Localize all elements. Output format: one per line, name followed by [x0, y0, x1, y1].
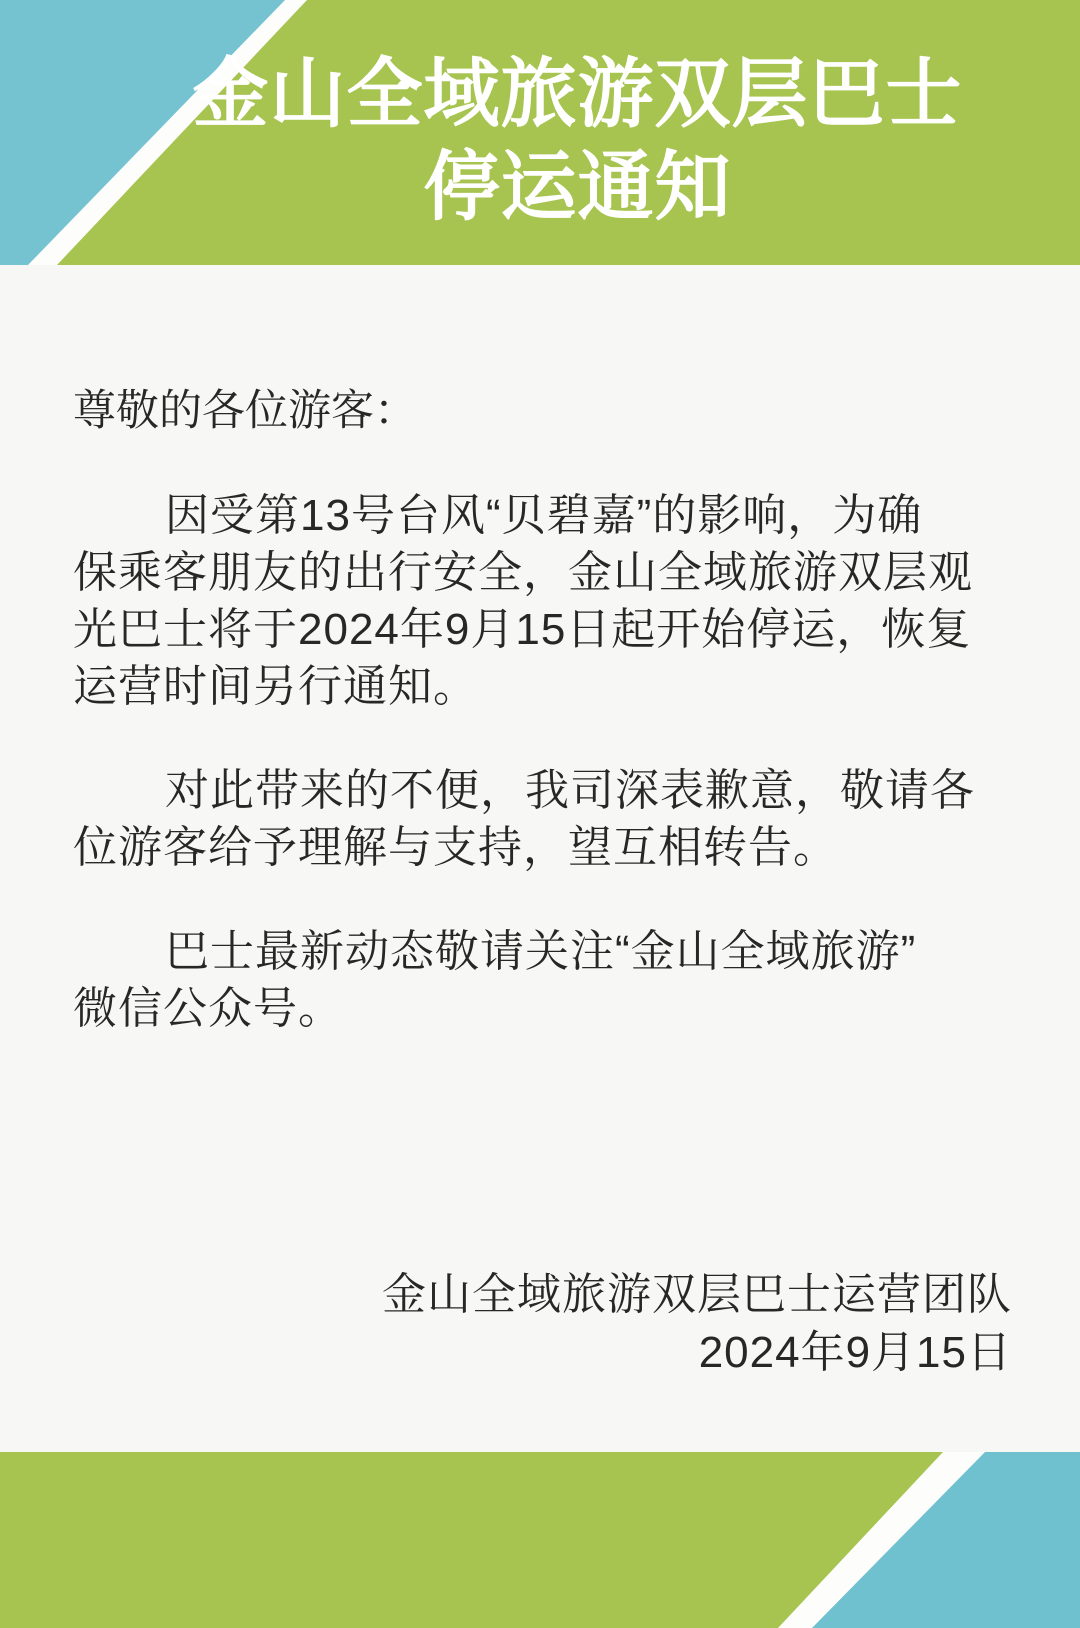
notice-poster: 金山全域旅游双层巴士 停运通知 尊敬的各位游客： 因受第13号台风“贝碧嘉”的影…: [0, 0, 1080, 1628]
header-banner: 金山全域旅游双层巴士 停运通知: [0, 0, 1080, 265]
notice-title-line1: 金山全域旅游双层巴士: [75, 48, 1080, 141]
notice-body: 尊敬的各位游客： 因受第13号台风“贝碧嘉”的影响，为确 保乘客朋友的出行安全，…: [73, 265, 1012, 1382]
greeting-line: 尊敬的各位游客：: [73, 383, 1012, 440]
signature-team: 金山全域旅游双层巴士运营团队: [73, 1266, 1012, 1324]
paragraph-follow-wechat: 巴士最新动态敬请关注“金山全域旅游” 微信公众号。: [73, 923, 1012, 1037]
notice-title-line2: 停运通知: [75, 141, 1080, 234]
signature-date: 2024年9月15日: [73, 1324, 1012, 1382]
footer-banner: [0, 1452, 1080, 1628]
paragraph-suspension: 因受第13号台风“贝碧嘉”的影响，为确 保乘客朋友的出行安全，金山全域旅游双层观…: [73, 487, 1012, 715]
paragraph-apology: 对此带来的不便，我司深表歉意，敬请各 位游客给予理解与支持，望互相转告。: [73, 762, 1012, 876]
notice-title: 金山全域旅游双层巴士 停运通知: [75, 48, 1080, 234]
signature-block: 金山全域旅游双层巴士运营团队 2024年9月15日: [73, 1266, 1012, 1382]
